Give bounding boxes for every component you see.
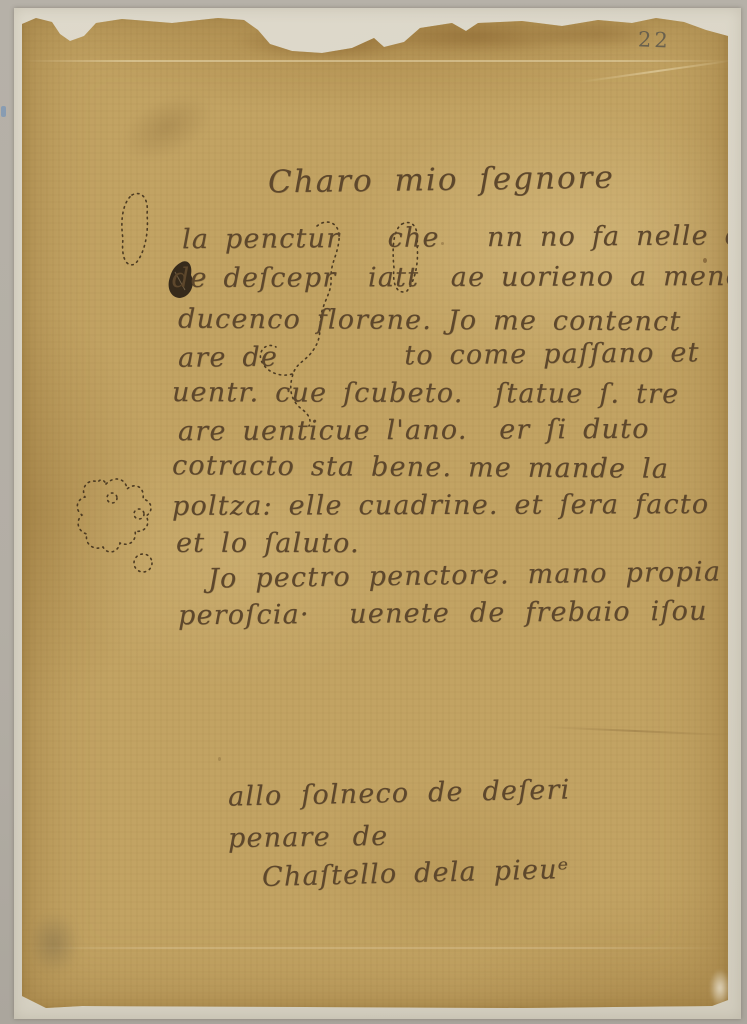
dotted-hole-below-circle [134, 554, 152, 572]
letter-body-line: uentr. cue ſcubeto. ſtatue ſ. tre [172, 377, 679, 410]
letter-body-line: ducenco florene. Jo me contenct [178, 304, 682, 338]
letter-body-line: la penctur che nn no fa nelle oratoĕ [182, 220, 747, 255]
letter-body-line: et lo ſaluto. [176, 528, 360, 559]
address-line: penare de [228, 821, 389, 854]
photo-backdrop: 22 Charo mio ſegnore la penctur che nn n… [0, 0, 747, 1024]
folio-number: 22 [638, 27, 672, 52]
letter-body-line: cotracto sta bene. me mande la [172, 450, 669, 484]
blue-pigment-speck [1, 106, 6, 117]
dotted-hole-side-dot [134, 509, 144, 519]
signature-date-line: peroſcia· uenete de frebaio iſou [178, 596, 708, 632]
dotted-hole-outline-left-oval [122, 194, 148, 265]
letter-body-line: are uenticue l'ano. er ſi duto [178, 414, 650, 447]
letter-page: 22 Charo mio ſegnore la penctur che nn n… [22, 14, 728, 1008]
letter-body-line: are de to come paſſano et [178, 337, 700, 373]
dotted-hole-inner-dot [107, 493, 117, 503]
letter-body-line: de deſcepr iatt ae uorieno a meno [172, 261, 743, 294]
dotted-hole-outline-margin-blob [77, 479, 151, 552]
letter-body-line: poltza: elle cuadrine. et ſera facto [172, 489, 709, 522]
mount-board: 22 Charo mio ſegnore la penctur che nn n… [14, 8, 741, 1019]
letter-heading: Charo mio ſegnore [268, 160, 615, 201]
